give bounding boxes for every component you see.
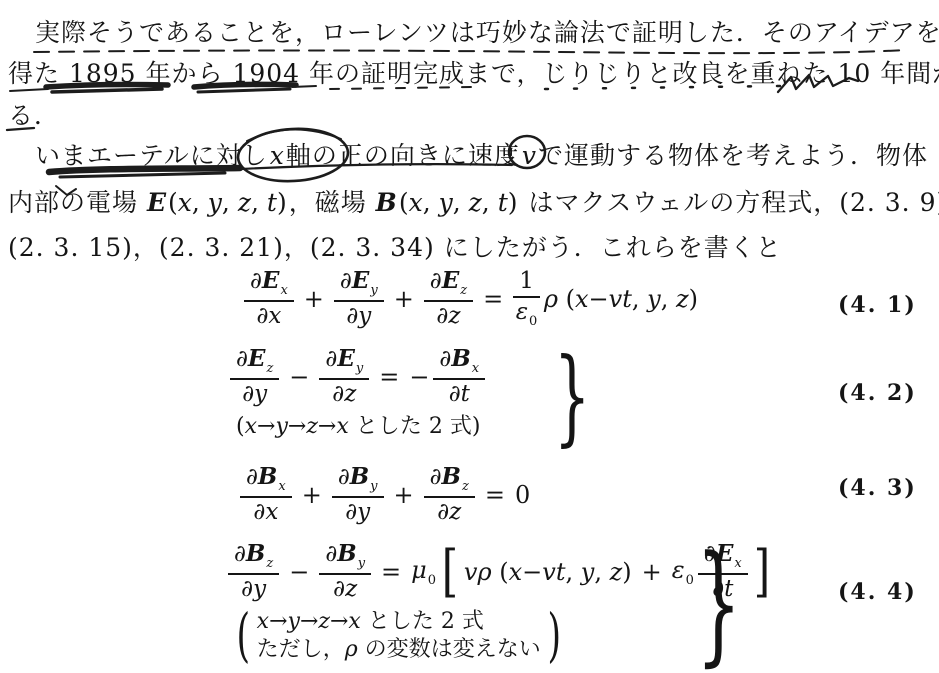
textbook-page: 実際そうであることを，ローレンツは巧妙な論法で証明した．そのアイデアを 得た 1… — [0, 0, 939, 673]
equation-4-1: ∂Ex∂x+∂Ey∂y+∂Ez∂z=1ε0ρ (x−vt, y, z) — [242, 268, 700, 330]
paragraph-1-line-2: 得た 1895 年から 1904 年の証明完成まで，じりじりと改良を重ねた 10… — [8, 57, 939, 91]
math-bold-symbol: E — [147, 188, 166, 217]
math-inline: v — [522, 141, 536, 170]
marker-overstroke-ether — [60, 173, 225, 177]
text-segment: (2. 3. 15)，(2. 3. 21)，(2. 3. 34) にしたがう．こ… — [8, 233, 782, 262]
note-line: (x→y→z→x とした 2 式) — [234, 414, 482, 439]
paragraph-2-line-2: 内部の電場 E(x, y, z, t)，磁場 B(x, y, z, t) はマク… — [8, 186, 939, 220]
text-segment: 実際そうであることを，ローレンツは巧妙な論法で証明した．そのアイデアを — [35, 18, 939, 47]
text-segment: ，磁場 — [289, 188, 376, 217]
math-inline: x — [270, 141, 284, 170]
pencil-dashed-underline-line1 — [34, 50, 906, 53]
system-brace-4-4: } — [696, 538, 741, 668]
note-line: x→y→z→x とした 2 式 — [255, 609, 543, 634]
equation-label-4-2: (4. 2) — [838, 380, 917, 406]
equation-label-4-3: (4. 3) — [838, 475, 917, 501]
equation-note: (x→y→z→x とした 2 式) — [234, 414, 487, 439]
equation-4-4: ∂Bz∂y−∂By∂z=μ0[vρ (x−vt, y, z)+ε0∂Ex∂t](… — [226, 541, 774, 662]
paragraph-2-line-3: (2. 3. 15)，(2. 3. 21)，(2. 3. 34) にしたがう．こ… — [8, 231, 782, 265]
equation-body: ∂Bx∂x+∂By∂y+∂Bz∂z=0 — [238, 464, 532, 526]
paragraph-2-line-1: いまエーテルに対しx軸の正の向きに速度vで運動する物体を考えよう．物体 — [35, 139, 928, 173]
text-segment: る． — [8, 101, 60, 130]
system-brace-4-2: } — [554, 344, 590, 448]
text-segment: いまエーテルに対し — [35, 141, 268, 170]
equation-note: (x→y→z→x とした 2 式ただし，ρ の変数は変えない) — [232, 609, 774, 663]
math-bold-symbol: B — [376, 188, 397, 217]
big-left-paren: ( — [237, 609, 251, 661]
equation-body: ∂Bz∂y−∂By∂z=μ0[vρ (x−vt, y, z)+ε0∂Ex∂t] — [226, 541, 774, 603]
text-segment: はマクスウェルの方程式，(2. 3. 9)， — [520, 188, 939, 217]
text-segment: 内部の電場 — [8, 188, 147, 217]
note-line: ただし，ρ の変数は変えない — [255, 637, 543, 662]
equation-label-4-4: (4. 4) — [838, 579, 917, 605]
math-inline: (x, y, z, t) — [399, 188, 518, 217]
big-right-paren: ) — [547, 609, 561, 661]
equation-4-3: ∂Bx∂x+∂By∂y+∂Bz∂z=0 — [238, 464, 532, 526]
equation-body: ∂Ez∂y−∂Ey∂z=−∂Bx∂t — [228, 346, 487, 408]
text-segment: 得た 1895 年から 1904 年の証明完成まで，じりじりと改良を重ねた 10… — [8, 59, 939, 88]
paragraph-1-line-1: 実際そうであることを，ローレンツは巧妙な論法で証明した．そのアイデアを — [35, 16, 939, 50]
text-segment: で運動する物体を考えよう．物体 — [538, 141, 928, 170]
equation-body: ∂Ex∂x+∂Ey∂y+∂Ez∂z=1ε0ρ (x−vt, y, z) — [242, 268, 700, 330]
text-segment: 軸の正の向きに速度 — [286, 141, 520, 170]
paragraph-1-line-3: る． — [8, 99, 60, 133]
equation-label-4-1: (4. 1) — [838, 292, 917, 318]
equation-4-2: ∂Ez∂y−∂Ey∂z=−∂Bx∂t(x→y→z→x とした 2 式) — [228, 346, 487, 439]
math-inline: (x, y, z, t) — [168, 188, 287, 217]
